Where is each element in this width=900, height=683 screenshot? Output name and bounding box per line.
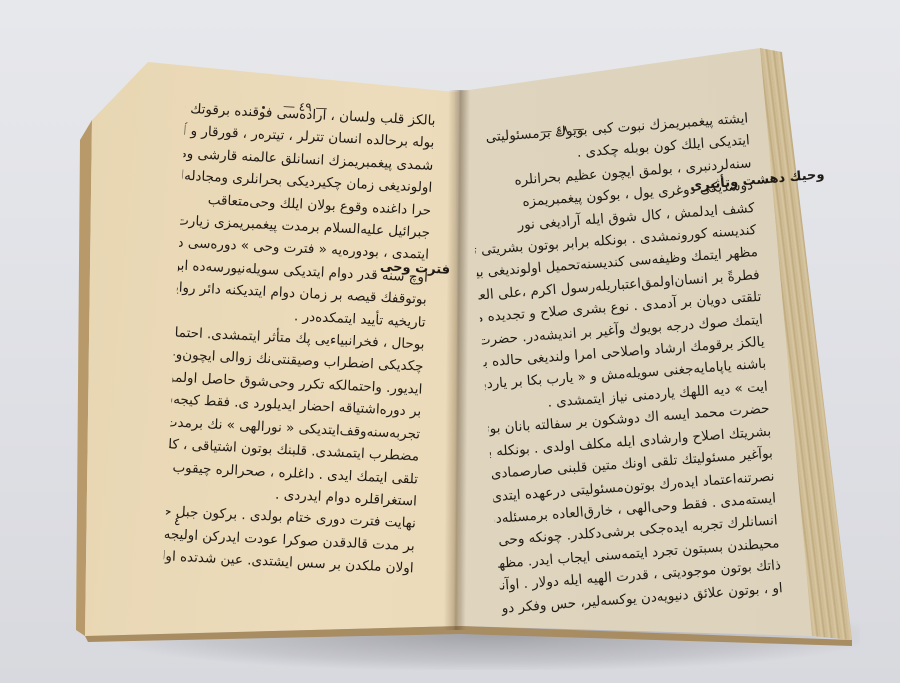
- left-margin-heading: فترت وحی: [380, 258, 451, 280]
- photo-scene: — ٤٩ — — ٤٨ — بالكز قلب ولسان ، اراده‌سی…: [0, 0, 900, 683]
- book-gutter: [444, 90, 471, 630]
- signature-mark: ٤: [174, 514, 181, 528]
- left-page-text: بالكز قلب ولسان ، اراده‌سی فوقنده برقوتك…: [163, 98, 436, 580]
